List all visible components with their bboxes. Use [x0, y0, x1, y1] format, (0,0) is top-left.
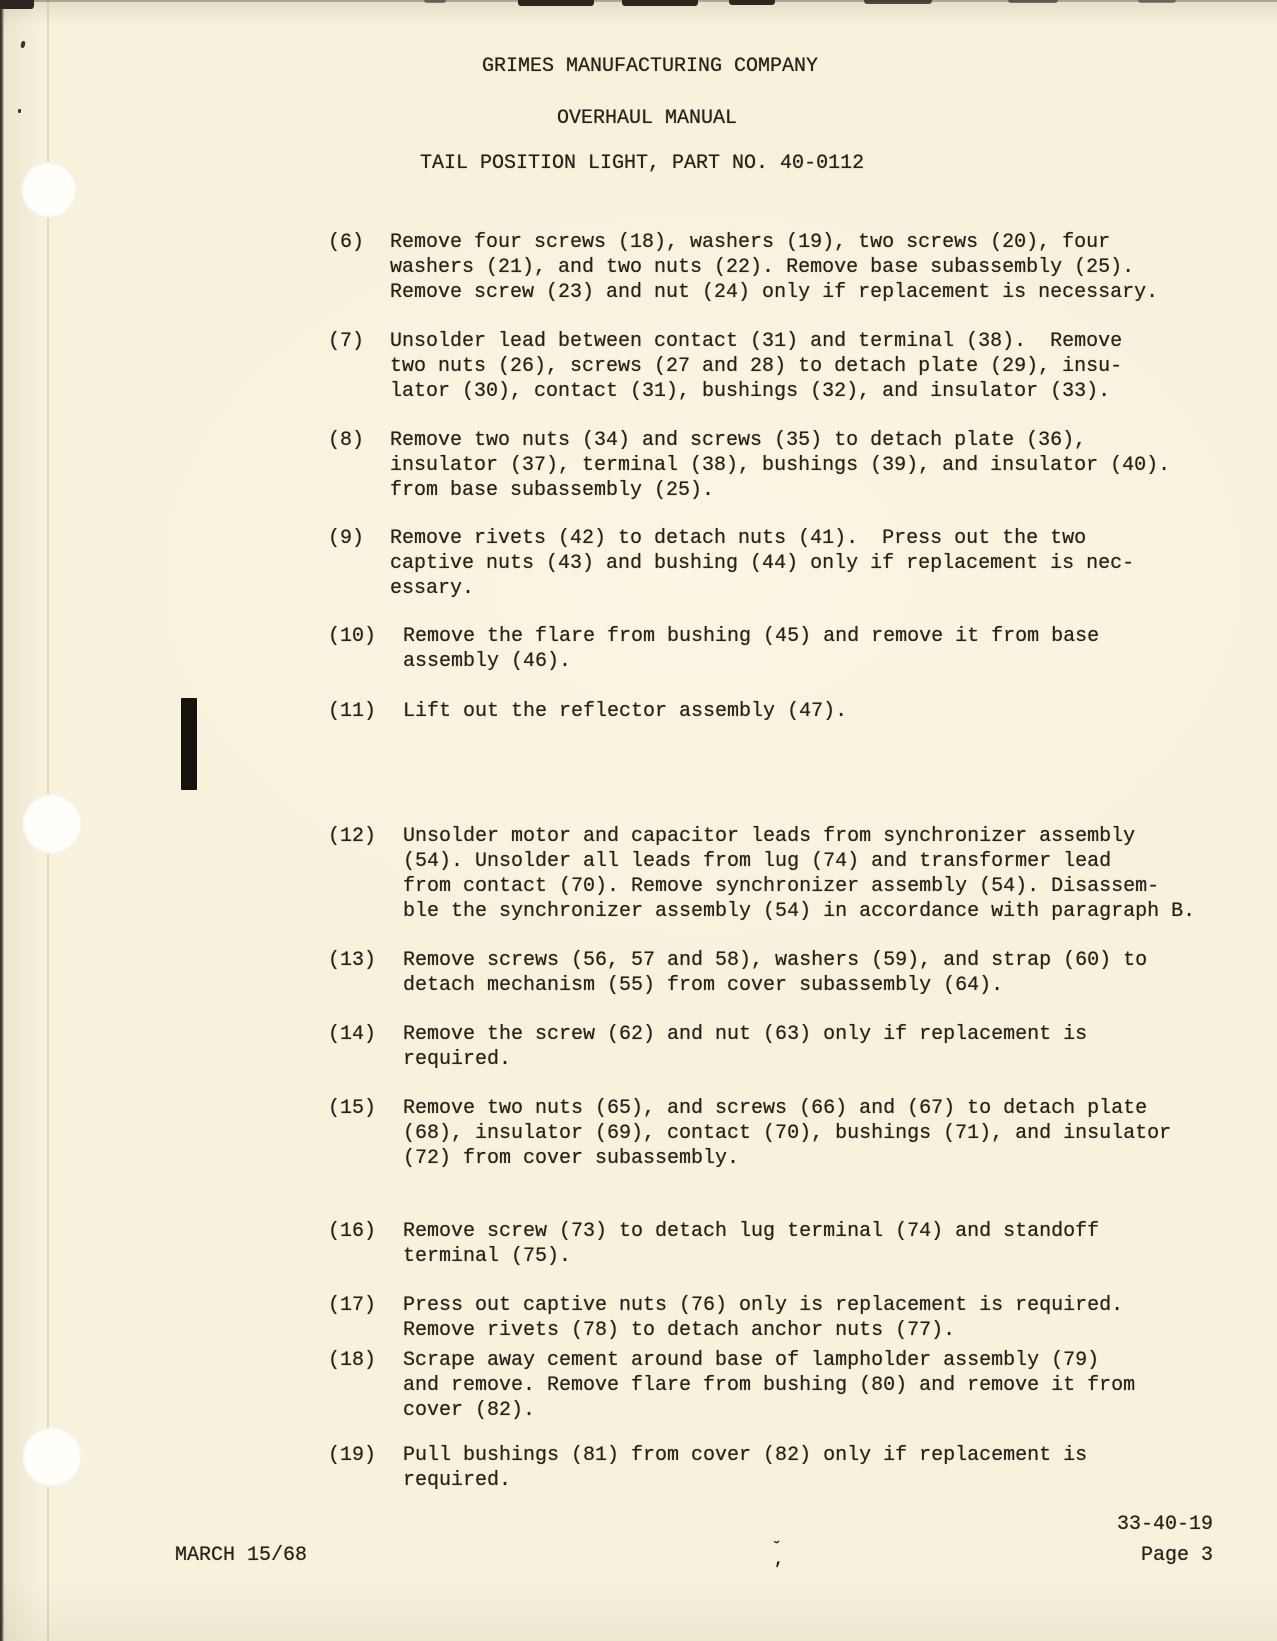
manual-step: (9) Remove rivets (42) to detach nuts (4…: [328, 526, 1134, 601]
step-number: (7): [328, 329, 364, 354]
step-text: Remove screws (56, 57 and 58), washers (…: [403, 948, 1147, 998]
scan-artifact: [424, 0, 446, 3]
scan-artifact: [622, 0, 698, 6]
step-text: Remove four screws (18), washers (19), t…: [390, 230, 1158, 305]
step-text: Pull bushings (81) from cover (82) only …: [403, 1443, 1087, 1493]
step-number: (16): [328, 1219, 376, 1244]
step-text: Unsolder lead between contact (31) and t…: [390, 329, 1122, 404]
punch-hole: [22, 1427, 82, 1487]
step-text: Remove two nuts (34) and screws (35) to …: [390, 428, 1170, 503]
manual-step: (11) Lift out the reflector assembly (47…: [328, 699, 847, 724]
step-number: (12): [328, 824, 376, 849]
page-number: Page 3: [1141, 1543, 1213, 1568]
ink-speck: [18, 109, 21, 113]
manual-step: (10) Remove the flare from bushing (45) …: [328, 624, 1099, 674]
manual-step: (16) Remove screw (73) to detach lug ter…: [328, 1219, 1099, 1269]
step-number: (14): [328, 1022, 376, 1047]
subject-title: TAIL POSITION LIGHT, PART NO. 40-0112: [420, 151, 864, 176]
company-name: GRIMES MANUFACTURING COMPANY: [482, 54, 818, 79]
footer-date: MARCH 15/68: [175, 1543, 307, 1568]
manual-step: (18) Scrape away cement around base of l…: [328, 1348, 1135, 1423]
step-text: Remove the flare from bushing (45) and r…: [403, 624, 1099, 674]
step-number: (9): [328, 526, 364, 551]
step-text: Remove the screw (62) and nut (63) only …: [403, 1022, 1087, 1072]
step-text: Scrape away cement around base of lampho…: [403, 1348, 1135, 1423]
manual-title: OVERHAUL MANUAL: [557, 106, 737, 131]
step-text: Unsolder motor and capacitor leads from …: [403, 824, 1195, 924]
step-number: (6): [328, 230, 364, 255]
ink-mark: ˇ ,: [765, 1543, 791, 1567]
manual-step: (6) Remove four screws (18), washers (19…: [328, 230, 1158, 305]
scan-artifact: [0, 0, 34, 9]
scan-artifact: [864, 0, 932, 4]
manual-step: (7) Unsolder lead between contact (31) a…: [328, 329, 1122, 404]
step-number: (18): [328, 1348, 376, 1373]
step-text: Remove two nuts (65), and screws (66) an…: [403, 1096, 1171, 1171]
step-number: (15): [328, 1096, 376, 1121]
step-number: (11): [328, 699, 376, 724]
ink-speck: [20, 41, 26, 49]
step-text: Remove screw (73) to detach lug terminal…: [403, 1219, 1099, 1269]
manual-step: (19) Pull bushings (81) from cover (82) …: [328, 1443, 1087, 1493]
manual-step: (17) Press out captive nuts (76) only is…: [328, 1293, 1123, 1343]
manual-page: GRIMES MANUFACTURING COMPANY OVERHAUL MA…: [0, 0, 1277, 1641]
manual-step: (13) Remove screws (56, 57 and 58), wash…: [328, 948, 1147, 998]
scan-artifact: [729, 0, 775, 5]
punch-hole: [22, 794, 82, 854]
revision-bar: [181, 698, 197, 790]
document-number: 33-40-19: [1117, 1512, 1213, 1537]
punch-hole: [21, 162, 77, 218]
step-text: Press out captive nuts (76) only is repl…: [403, 1293, 1123, 1343]
scan-artifact: [518, 0, 594, 6]
step-number: (13): [328, 948, 376, 973]
scan-artifact: [1138, 0, 1176, 3]
step-text: Lift out the reflector assembly (47).: [403, 699, 847, 724]
step-text: Remove rivets (42) to detach nuts (41). …: [390, 526, 1134, 601]
step-number: (19): [328, 1443, 376, 1468]
manual-step: (14) Remove the screw (62) and nut (63) …: [328, 1022, 1087, 1072]
step-number: (8): [328, 428, 364, 453]
manual-step: (15) Remove two nuts (65), and screws (6…: [328, 1096, 1171, 1171]
scan-left-edge: [0, 0, 4, 1641]
manual-step: (12) Unsolder motor and capacitor leads …: [328, 824, 1195, 924]
step-number: (17): [328, 1293, 376, 1318]
step-number: (10): [328, 624, 376, 649]
scan-artifact: [1008, 0, 1058, 3]
manual-step: (8) Remove two nuts (34) and screws (35)…: [328, 428, 1170, 503]
